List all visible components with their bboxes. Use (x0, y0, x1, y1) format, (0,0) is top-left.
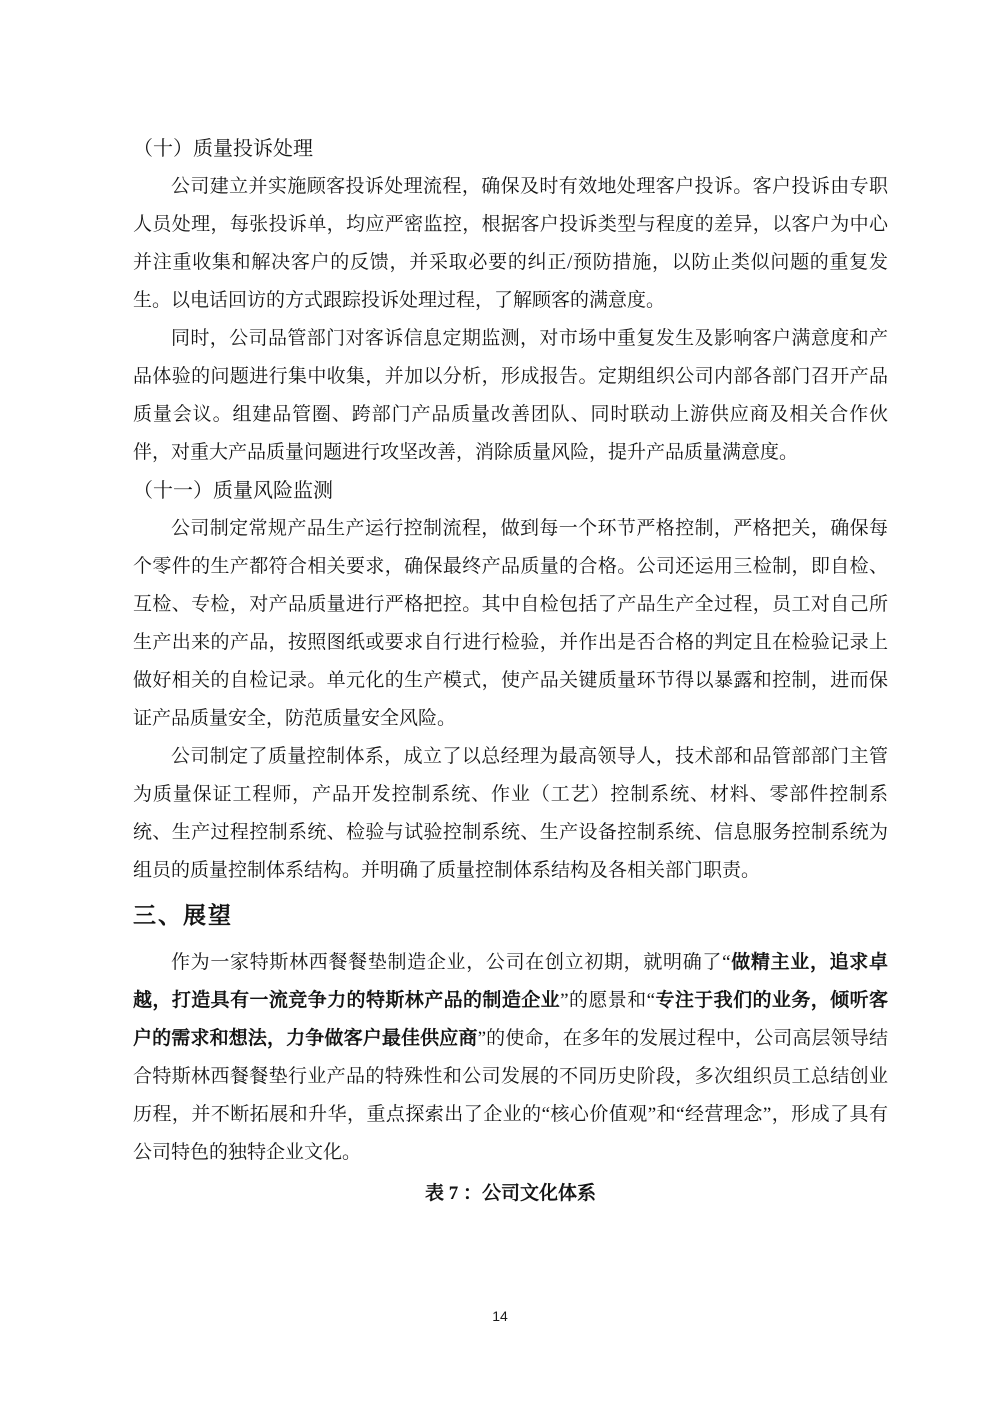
heading-outlook: 三、展望 (133, 894, 888, 938)
heading-quality-risk: （十一）质量风险监测 (133, 472, 888, 510)
paragraph-outlook: 作为一家特斯林西餐餐垫制造企业，公司在创立初期，就明确了“做精主业，追求卓越，打… (133, 944, 888, 1172)
outlook-text-segment: 作为一家特斯林西餐餐垫制造企业，公司在创立初期，就明确了“ (171, 952, 731, 973)
table-7-caption: 表 7 ：公司文化体系 (133, 1174, 888, 1214)
page-number: 14 (0, 1308, 1000, 1324)
paragraph-complaints-1: 公司建立并实施顾客投诉处理流程，确保及时有效地处理客户投诉。客户投诉由专职人员处… (133, 168, 888, 320)
paragraph-risk-1: 公司制定常规产品生产运行控制流程，做到每一个环节严格控制，严格把关，确保每个零件… (133, 510, 888, 738)
paragraph-complaints-2: 同时，公司品管部门对客诉信息定期监测，对市场中重复发生及影响客户满意度和产品体验… (133, 320, 888, 472)
outlook-text-segment: ”的愿景和“ (560, 990, 655, 1011)
document-page: （十）质量投诉处理 公司建立并实施顾客投诉处理流程，确保及时有效地处理客户投诉。… (0, 0, 1000, 1414)
paragraph-risk-2: 公司制定了质量控制体系，成立了以总经理为最高领导人，技术部和品管部部门主管为质量… (133, 738, 888, 890)
heading-quality-complaints: （十）质量投诉处理 (133, 130, 888, 168)
